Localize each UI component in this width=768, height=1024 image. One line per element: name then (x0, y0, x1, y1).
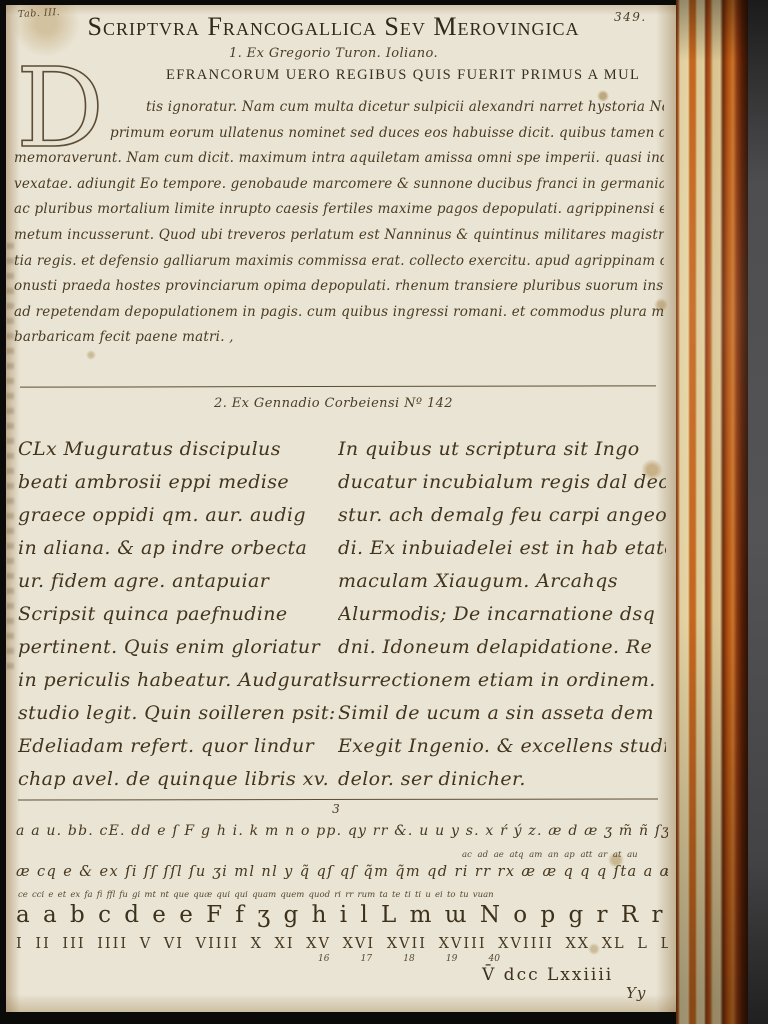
manuscript-line: In quibus ut scriptura sit Ingo (338, 433, 666, 466)
manuscript-line: studio legit. Quin soilleren psit: (18, 697, 338, 730)
manuscript-line: onusti praeda hostes provinciarum opima … (14, 274, 664, 300)
manuscript-line: Edeliadam refert. quor lindur (18, 730, 338, 763)
manuscript-line: memoraverunt. Nam cum dicit. maximum int… (14, 146, 664, 172)
numeral-annotation: 18 (403, 954, 414, 964)
margin-bleedthrough (6, 243, 14, 673)
manuscript-line: graece oppidi qm. aur. audig (18, 499, 338, 532)
section1-capitals-line: EFRANCORUM UERO REGIBUS QUIS FUERIT PRIM… (166, 63, 664, 87)
numeral-annotation: 17 (361, 954, 372, 964)
manuscript-line: Scripsit quinca paefnudine (18, 598, 338, 631)
signature-mark: Yy (626, 984, 646, 1002)
section3-number: 3 (6, 802, 666, 816)
ligature-labels-row1: ac ad ae atq am an ap att ar at au (462, 850, 638, 860)
manuscript-line: chap avel. de quinque libris xv. (18, 763, 338, 796)
manuscript-line: di. Ex inbuiadelei est in hab etatem (338, 532, 666, 565)
manuscript-line: maculam Xiaugum. Arcahqs (338, 565, 666, 598)
manuscript-line: vexatae. adiungit Eo tempore. genobaude … (14, 172, 664, 198)
ligature-sample-row: æ cq e & ex ſi ſſ ſſl ſu ʒi ml nl y q̃ q… (16, 864, 668, 880)
manuscript-line: CLx Muguratus discipulus (18, 433, 338, 466)
numeral-annotation: 40 (489, 954, 500, 964)
section2-left-column: CLx Muguratus discipulus beati ambrosii … (18, 433, 338, 796)
numeral-annotations: 16 17 18 19 40 (318, 954, 500, 964)
page-title: Scriptvra Francogallica Sev Merovingica (6, 12, 661, 42)
date-mark: V̄ dcc Lxxiiii (482, 965, 613, 985)
manuscript-line: beati ambrosii eppi medise (18, 466, 338, 499)
manuscript-line: Simil de ucum a sin asseta dem (338, 697, 666, 730)
manuscript-line: in aliana. & ap indre orbecta (18, 532, 338, 565)
numeral-annotation: 16 (318, 954, 329, 964)
book-page: Tab. III. 349. Scriptvra Francogallica S… (6, 5, 676, 1012)
manuscript-line: barbaricam fecit paene matri. , (14, 325, 664, 351)
background-right-panel (746, 0, 768, 1024)
manuscript-line: Alurmodis; De incarnatione dsq (338, 598, 666, 631)
manuscript-line: ad repetendam depopulationem in pagis. c… (14, 300, 664, 326)
section1-text-block: D EFRANCORUM UERO REGIBUS QUIS FUERIT PR… (14, 63, 664, 351)
manuscript-line: stur. ach demalg feu carpi angeo (338, 499, 666, 532)
ligature-labels-row2: ce cci e et ex fa fi ffl fu gi mt nt que… (18, 890, 658, 900)
section2-columns: CLx Muguratus discipulus beati ambrosii … (18, 433, 666, 796)
alphabet-sample-row: a a u. bb. cE. dd e ſ F g h i. k m n o p… (16, 823, 668, 839)
photo-frame: Tab. III. 349. Scriptvra Francogallica S… (0, 0, 768, 1024)
manuscript-line: Exegit Ingenio. & excellens studio (338, 730, 666, 763)
capitals-sample-row: a a b c d e e F f ʒ g h i l L m ɯ N o p … (16, 902, 668, 928)
section-divider (18, 798, 658, 800)
section1-cursive-lines: tis ignoratur. Nam cum multa dicetur sul… (14, 95, 664, 351)
manuscript-line: surrectionem etiam in ordinem. (338, 664, 666, 697)
manuscript-line: dni. Idoneum delapidatione. Re (338, 631, 666, 664)
decorated-initial: D (16, 59, 104, 157)
section2-heading: 2. Ex Gennadio Corbeiensi Nº 142 (6, 396, 661, 411)
section2-right-column: In quibus ut scriptura sit Ingo ducatur … (338, 433, 666, 796)
section-divider (20, 385, 656, 387)
manuscript-line: ac pluribus mortalium limite inrupto cae… (14, 197, 664, 223)
manuscript-line: metum incusserunt. Quod ubi treveros per… (14, 223, 664, 249)
numerals-sample-row: I II III IIII V VI VIIII X XI XV XVI XVI… (16, 936, 668, 952)
manuscript-line: ur. fidem agre. antapuiar (18, 565, 338, 598)
book-fore-edge (676, 0, 748, 1024)
manuscript-line: tis ignoratur. Nam cum multa dicetur sul… (146, 95, 664, 121)
manuscript-line: in periculis habeatur. Audgurathes (18, 664, 338, 697)
section1-heading: 1. Ex Gregorio Turon. Ioliano. (6, 46, 661, 61)
numeral-annotation: 19 (446, 954, 457, 964)
manuscript-line: delor. ser dinicher. (338, 763, 666, 796)
manuscript-line: pertinent. Quis enim gloriatur (18, 631, 338, 664)
manuscript-line: ducatur incubialum regis dal deo (338, 466, 666, 499)
manuscript-line: tia regis. et defensio galliarum maximis… (14, 249, 664, 275)
manuscript-line: primum eorum ullatenus nominet sed duces… (110, 121, 664, 147)
